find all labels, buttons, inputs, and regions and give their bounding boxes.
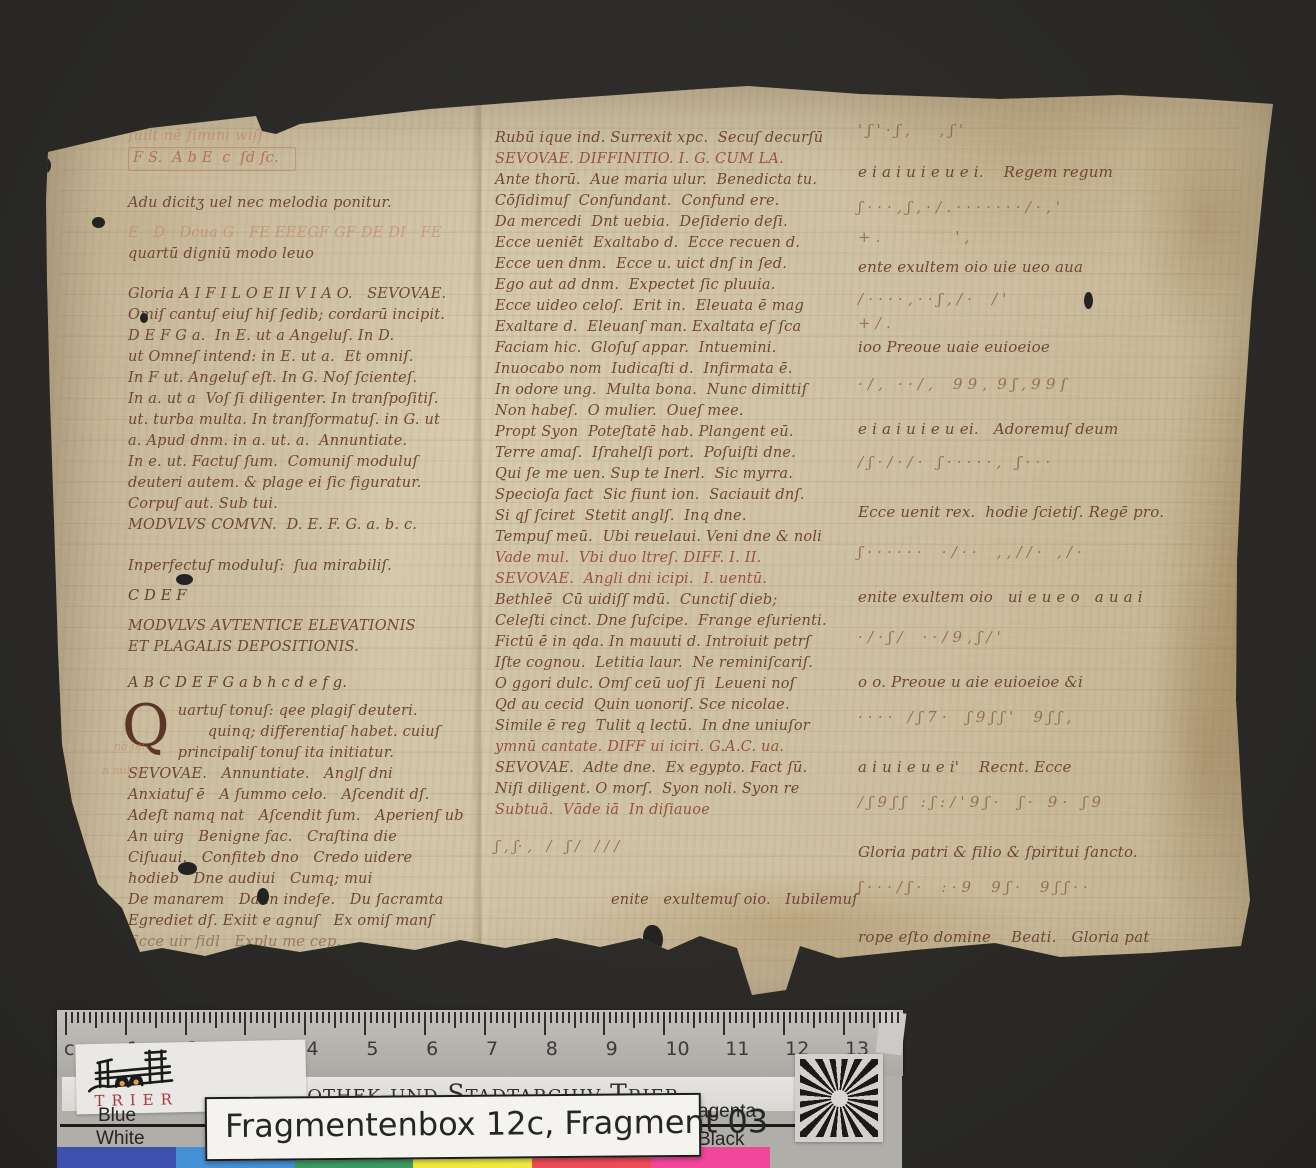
fragment-id-label: Fragmentenbox 12c, Fragment 03 xyxy=(205,1093,702,1161)
ruler-tick xyxy=(747,1012,749,1023)
ruler-tick xyxy=(807,1012,809,1023)
ruler-tick xyxy=(370,1012,372,1023)
ruler-tick xyxy=(855,1012,857,1023)
ruler-tick xyxy=(693,1012,695,1028)
ruler-tick xyxy=(538,1012,540,1023)
ruler-tick xyxy=(107,1012,109,1023)
ruler-tick xyxy=(681,1012,683,1023)
ruler-tick xyxy=(609,1012,611,1023)
ruler-tick xyxy=(514,1012,516,1028)
ruler-tick xyxy=(221,1012,223,1023)
ruler-tick xyxy=(741,1012,743,1023)
ruler-tick xyxy=(705,1012,707,1023)
photo-background: { "palette":{"backdrop":"#2b2a28","parch… xyxy=(0,0,1316,1168)
ruler-tick xyxy=(149,1012,151,1023)
ruler-tick xyxy=(843,1012,845,1035)
ruler-tick xyxy=(508,1012,510,1023)
ruler-number: 11 xyxy=(725,1038,749,1060)
ruler-tick xyxy=(250,1012,252,1023)
ruler-tick xyxy=(161,1012,163,1023)
ruler-tick xyxy=(759,1012,761,1023)
ruler-tick xyxy=(639,1012,641,1023)
ruler-tick xyxy=(597,1012,599,1023)
ruler-tick xyxy=(179,1012,181,1023)
ruler-tick xyxy=(185,1012,187,1035)
ruler-tick xyxy=(436,1012,438,1023)
ruler-number: 9 xyxy=(606,1038,618,1060)
ruler-tick xyxy=(400,1012,402,1023)
divider-line xyxy=(60,1124,210,1127)
ruler-tick xyxy=(891,1012,893,1023)
ruler-tick xyxy=(125,1012,127,1035)
ruler-tick xyxy=(568,1012,570,1023)
ruler-tick xyxy=(406,1012,408,1023)
ruler-ticks xyxy=(57,1012,903,1042)
ruler-tick xyxy=(268,1012,270,1023)
ruler-tick xyxy=(89,1012,91,1023)
ruler-tick xyxy=(603,1012,605,1035)
ruler-tick xyxy=(580,1012,582,1023)
ruler-tick xyxy=(484,1012,486,1035)
ruler-tick xyxy=(669,1012,671,1023)
ruler-tick xyxy=(861,1012,863,1023)
ruler-tick xyxy=(376,1012,378,1023)
ruler-tick xyxy=(334,1012,336,1028)
ruler-tick xyxy=(717,1012,719,1023)
ruler-tick xyxy=(490,1012,492,1023)
ruler-tick xyxy=(382,1012,384,1023)
ruler-number: 8 xyxy=(546,1038,558,1060)
ruler-tick xyxy=(119,1012,121,1023)
ruler-tick xyxy=(95,1012,97,1028)
ruler-tick xyxy=(298,1012,300,1023)
ruler-tick xyxy=(657,1012,659,1023)
ruler-tick xyxy=(454,1012,456,1028)
ruler-tick xyxy=(885,1012,887,1023)
ruler-tick xyxy=(227,1012,229,1023)
ruler-tick xyxy=(316,1012,318,1023)
ruler-tick xyxy=(215,1012,217,1028)
ruler-tick xyxy=(651,1012,653,1023)
ruler-tick xyxy=(358,1012,360,1023)
ruler-tick xyxy=(460,1012,462,1023)
ruler-tick xyxy=(526,1012,528,1023)
ruler-tick xyxy=(418,1012,420,1023)
ruler-tick xyxy=(711,1012,713,1023)
ruler-tick xyxy=(837,1012,839,1023)
ruler-tick xyxy=(209,1012,211,1023)
ruler-tick xyxy=(633,1012,635,1028)
ruler-tick xyxy=(77,1012,79,1023)
ruler-tick xyxy=(430,1012,432,1023)
ruler-tick xyxy=(304,1012,306,1035)
ruler-tick xyxy=(113,1012,115,1023)
ruler-tick xyxy=(412,1012,414,1023)
ruler-tick xyxy=(424,1012,426,1035)
ruler-tick xyxy=(687,1012,689,1023)
ruler-tick xyxy=(621,1012,623,1023)
ruler-tick xyxy=(394,1012,396,1028)
ruler-tick xyxy=(322,1012,324,1023)
porta-nigra-sketch-icon xyxy=(85,1044,178,1096)
ruler-tick xyxy=(615,1012,617,1023)
ruler-tick xyxy=(280,1012,282,1023)
ruler-tick xyxy=(849,1012,851,1023)
ruler-tick xyxy=(532,1012,534,1023)
ruler-tick xyxy=(328,1012,330,1023)
ruler-tick xyxy=(65,1012,67,1035)
ruler-tick xyxy=(478,1012,480,1023)
ruler-tick xyxy=(825,1012,827,1023)
ruler-tick xyxy=(753,1012,755,1028)
ruler-tick xyxy=(352,1012,354,1023)
ruler-tick xyxy=(83,1012,85,1023)
ruler-number: 7 xyxy=(486,1038,498,1060)
ruler-tick xyxy=(466,1012,468,1023)
ruler-tick xyxy=(795,1012,797,1023)
ruler-tick xyxy=(310,1012,312,1023)
ruler-tick xyxy=(574,1012,576,1028)
ruler-tick xyxy=(556,1012,558,1023)
ruler-tick xyxy=(520,1012,522,1023)
ruler-tick xyxy=(723,1012,725,1035)
ruler-tick xyxy=(550,1012,552,1023)
ruler-tick xyxy=(813,1012,815,1028)
ruler-tick xyxy=(346,1012,348,1023)
ruler-tick xyxy=(777,1012,779,1023)
fragment-id-text: Fragmentenbox 12c, Fragment 03 xyxy=(225,1102,769,1145)
ruler-tick xyxy=(592,1012,594,1023)
ruler-tick xyxy=(897,1012,899,1023)
ruler-tick xyxy=(502,1012,504,1023)
calibration-assembly: cm 12345678910111213 Stadtbibliothek und… xyxy=(0,0,1316,1168)
ruler-tick xyxy=(699,1012,701,1023)
ruler-tick xyxy=(173,1012,175,1023)
ruler-tick xyxy=(364,1012,366,1035)
ruler-tick xyxy=(873,1012,875,1028)
ruler-tick xyxy=(831,1012,833,1023)
archival-photo: fuilt nē fimini wiſſF S. A b E c ſd ſc.A… xyxy=(0,0,1316,1168)
ruler-tick xyxy=(627,1012,629,1023)
ruler-tick xyxy=(256,1012,258,1023)
ruler-tick xyxy=(783,1012,785,1035)
ruler-tick xyxy=(735,1012,737,1023)
ruler-tick xyxy=(71,1012,73,1023)
ruler-tick xyxy=(131,1012,133,1023)
ruler-tick xyxy=(448,1012,450,1023)
ruler-tick xyxy=(771,1012,773,1023)
color-swatch xyxy=(57,1147,176,1168)
ruler-tick xyxy=(472,1012,474,1023)
ruler-tick xyxy=(675,1012,677,1023)
ruler-tick xyxy=(879,1012,881,1023)
ruler-tick xyxy=(233,1012,235,1023)
siemens-star-target xyxy=(795,1054,883,1142)
ruler-tick xyxy=(562,1012,564,1023)
siemens-star-icon xyxy=(800,1059,878,1137)
ruler-tick xyxy=(155,1012,157,1028)
ruler-tick xyxy=(789,1012,791,1023)
ruler-tick xyxy=(101,1012,103,1023)
ruler-tick xyxy=(663,1012,665,1035)
ruler-tick xyxy=(340,1012,342,1023)
ruler-tick xyxy=(496,1012,498,1023)
ruler-tick xyxy=(203,1012,205,1023)
ruler-tick xyxy=(292,1012,294,1023)
ruler-tick xyxy=(388,1012,390,1023)
ruler-tick xyxy=(442,1012,444,1023)
ruler-number: 5 xyxy=(366,1038,378,1060)
ruler-tick xyxy=(262,1012,264,1023)
ruler-tick xyxy=(801,1012,803,1023)
ruler-number: 10 xyxy=(665,1038,689,1060)
ruler-tick xyxy=(645,1012,647,1023)
ruler-tick xyxy=(729,1012,731,1023)
ruler-tick xyxy=(765,1012,767,1023)
ruler-tick xyxy=(167,1012,169,1023)
ruler-tick xyxy=(274,1012,276,1028)
ruler-tick xyxy=(137,1012,139,1023)
ruler-tick xyxy=(197,1012,199,1023)
ruler-tick xyxy=(544,1012,546,1035)
ruler-number: 6 xyxy=(426,1038,438,1060)
ruler-tick xyxy=(239,1012,241,1023)
ruler-tick xyxy=(244,1012,246,1035)
ruler-tick xyxy=(191,1012,193,1023)
ruler-tick xyxy=(143,1012,145,1023)
ruler-tick xyxy=(867,1012,869,1023)
ruler-tick xyxy=(586,1012,588,1023)
ruler-tick xyxy=(819,1012,821,1023)
ruler-tick xyxy=(286,1012,288,1023)
ruler-number: 4 xyxy=(306,1038,318,1060)
